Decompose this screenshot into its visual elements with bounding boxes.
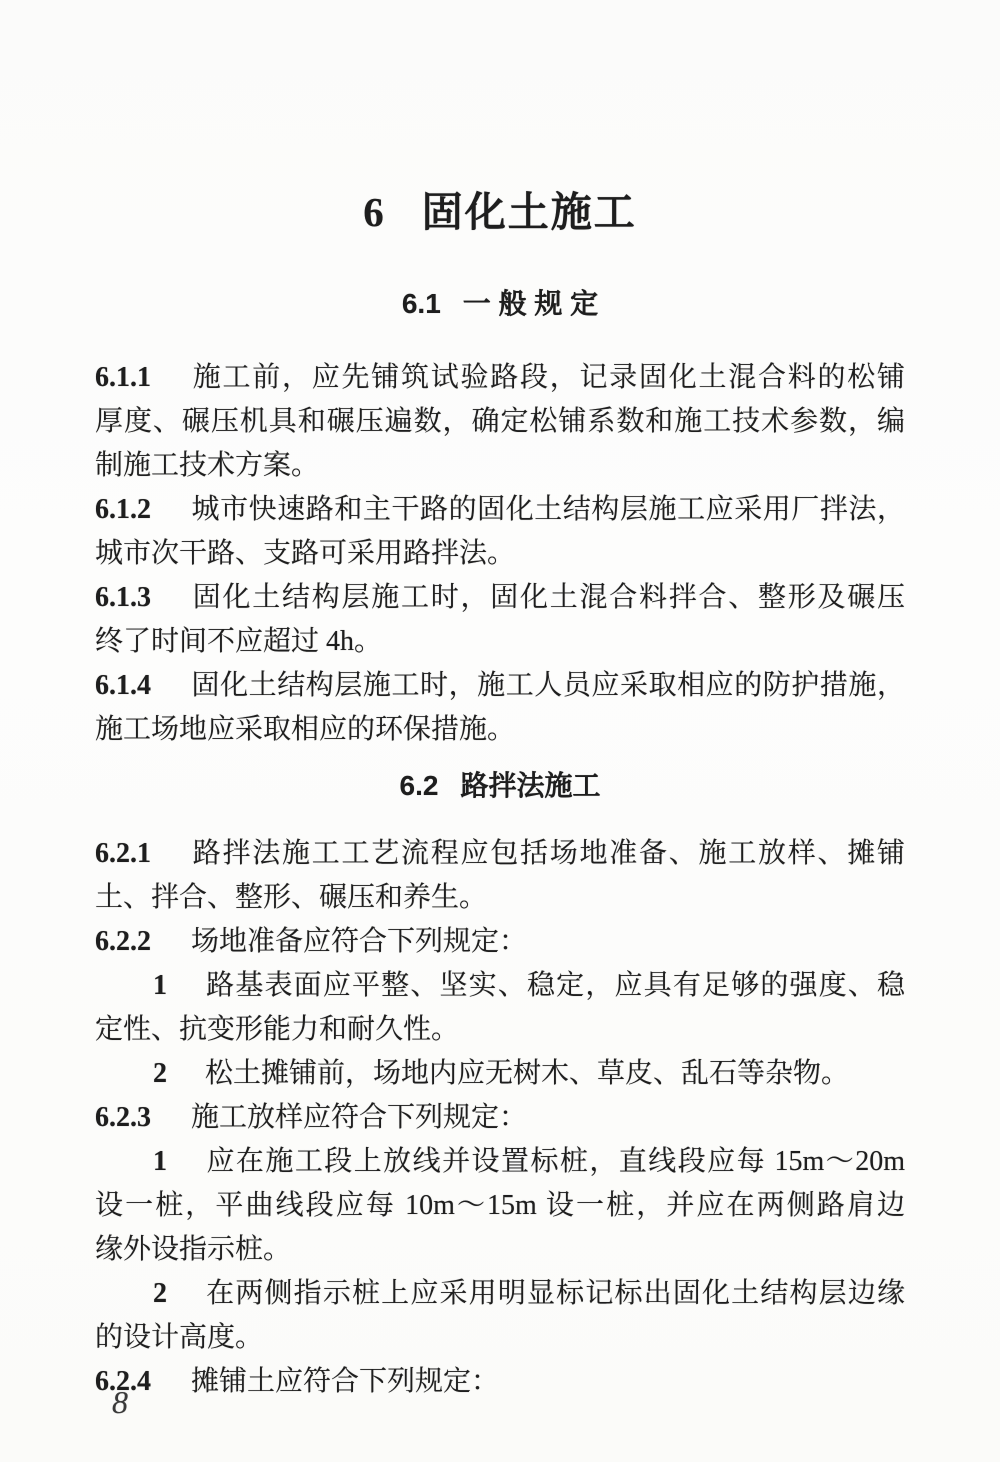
clause-text: 施工前，应先铺筑试验路段，记录固化土混合料的松铺 bbox=[191, 362, 905, 393]
subitem-number: 1 bbox=[153, 1146, 167, 1177]
subitem-number: 2 bbox=[153, 1278, 167, 1309]
subitem-number: 2 bbox=[153, 1058, 167, 1089]
clause-6-1-1-line-3: 制施工技术方案。 bbox=[95, 444, 905, 488]
clause-text: 施工放样应符合下列规定： bbox=[191, 1102, 527, 1133]
clause-6-1-1-line-2: 厚度、碾压机具和碾压遍数，确定松铺系数和施工技术参数，编 bbox=[95, 400, 905, 444]
clause-6-2-3-line-1: 6.2.3施工放样应符合下列规定： bbox=[95, 1096, 905, 1140]
subitem-text: 应在施工段上放线并设置标桩，直线段应每 15m～20m bbox=[205, 1146, 905, 1177]
section-title-text: 路拌法施工 bbox=[460, 770, 600, 801]
chapter-title: 6固化土施工 bbox=[95, 186, 905, 238]
chapter-number: 6 bbox=[363, 189, 384, 235]
subitem-text: 路基表面应平整、坚实、稳定，应具有足够的强度、稳 bbox=[205, 970, 905, 1001]
clause-number: 6.2.1 bbox=[95, 838, 151, 869]
clause-text: 摊铺土应符合下列规定： bbox=[191, 1366, 499, 1397]
clause-text: 固化土结构层施工时，施工人员应采取相应的防护措施， bbox=[191, 670, 905, 701]
section-title-text: 一 般 规 定 bbox=[463, 288, 598, 319]
section-heading-6-2: 6.2路拌法施工 bbox=[95, 768, 905, 804]
clause-text: 城市快速路和主干路的固化土结构层施工应采用厂拌法， bbox=[191, 494, 905, 525]
clause-6-1-4-line-2: 施工场地应采取相应的环保措施。 bbox=[95, 708, 905, 752]
clause-6-2-4-line-1: 6.2.4摊铺土应符合下列规定： bbox=[95, 1360, 905, 1404]
subitem-1-line-1: 1路基表面应平整、坚实、稳定，应具有足够的强度、稳 bbox=[95, 964, 905, 1008]
clause-number: 6.1.4 bbox=[95, 670, 151, 701]
subitem-text: 在两侧指示桩上应采用明显标记标出固化土结构层边缘 bbox=[205, 1278, 905, 1309]
clause-6-1-1-line-1: 6.1.1施工前，应先铺筑试验路段，记录固化土混合料的松铺 bbox=[95, 356, 905, 400]
clause-6-1-2-line-1: 6.1.2城市快速路和主干路的固化土结构层施工应采用厂拌法， bbox=[95, 488, 905, 532]
subitem-1-line-1: 1应在施工段上放线并设置标桩，直线段应每 15m～20m bbox=[95, 1140, 905, 1184]
clause-6-1-3-line-1: 6.1.3固化土结构层施工时，固化土混合料拌合、整形及碾压 bbox=[95, 576, 905, 620]
clause-6-1-2-line-2: 城市次干路、支路可采用路拌法。 bbox=[95, 532, 905, 576]
clause-number: 6.1.3 bbox=[95, 582, 151, 613]
section-number: 6.1 bbox=[402, 288, 441, 319]
subitem-1-line-2: 定性、抗变形能力和耐久性。 bbox=[95, 1008, 905, 1052]
section-heading-6-1: 6.1一 般 规 定 bbox=[95, 286, 905, 322]
clause-6-2-1-line-1: 6.2.1路拌法施工工艺流程应包括场地准备、施工放样、摊铺 bbox=[95, 832, 905, 876]
clause-text: 路拌法施工工艺流程应包括场地准备、施工放样、摊铺 bbox=[191, 838, 905, 869]
clause-text: 场地准备应符合下列规定： bbox=[191, 926, 527, 957]
subitem-2-line-1: 2在两侧指示桩上应采用明显标记标出固化土结构层边缘 bbox=[95, 1272, 905, 1316]
clause-6-1-3-line-2: 终了时间不应超过 4h。 bbox=[95, 620, 905, 664]
subitem-2-line-2: 的设计高度。 bbox=[95, 1316, 905, 1360]
body-text: 6.1.1施工前，应先铺筑试验路段，记录固化土混合料的松铺 厚度、碾压机具和碾压… bbox=[95, 356, 905, 1404]
subitem-2-line-1: 2松土摊铺前，场地内应无树木、草皮、乱石等杂物。 bbox=[95, 1052, 905, 1096]
clause-6-2-1-line-2: 土、拌合、整形、碾压和养生。 bbox=[95, 876, 905, 920]
subitem-1-line-3: 缘外设指示桩。 bbox=[95, 1228, 905, 1272]
subitem-1-line-2: 设一桩，平曲线段应每 10m～15m 设一桩，并应在两侧路肩边 bbox=[95, 1184, 905, 1228]
page-content: 6固化土施工 6.1一 般 规 定 6.1.1施工前，应先铺筑试验路段，记录固化… bbox=[95, 0, 905, 1404]
clause-text: 固化土结构层施工时，固化土混合料拌合、整形及碾压 bbox=[191, 582, 905, 613]
document-page: 6固化土施工 6.1一 般 规 定 6.1.1施工前，应先铺筑试验路段，记录固化… bbox=[0, 0, 1000, 1462]
clause-number: 6.1.2 bbox=[95, 494, 151, 525]
clause-6-2-2-line-1: 6.2.2场地准备应符合下列规定： bbox=[95, 920, 905, 964]
chapter-title-text: 固化土施工 bbox=[422, 189, 637, 235]
subitem-text: 松土摊铺前，场地内应无树木、草皮、乱石等杂物。 bbox=[205, 1058, 849, 1089]
clause-number: 6.2.2 bbox=[95, 926, 151, 957]
clause-number: 6.2.3 bbox=[95, 1102, 151, 1133]
clause-number: 6.1.1 bbox=[95, 362, 151, 393]
section-number: 6.2 bbox=[400, 770, 439, 801]
page-number: 8 bbox=[112, 1384, 128, 1421]
subitem-number: 1 bbox=[153, 970, 167, 1001]
clause-6-1-4-line-1: 6.1.4固化土结构层施工时，施工人员应采取相应的防护措施， bbox=[95, 664, 905, 708]
